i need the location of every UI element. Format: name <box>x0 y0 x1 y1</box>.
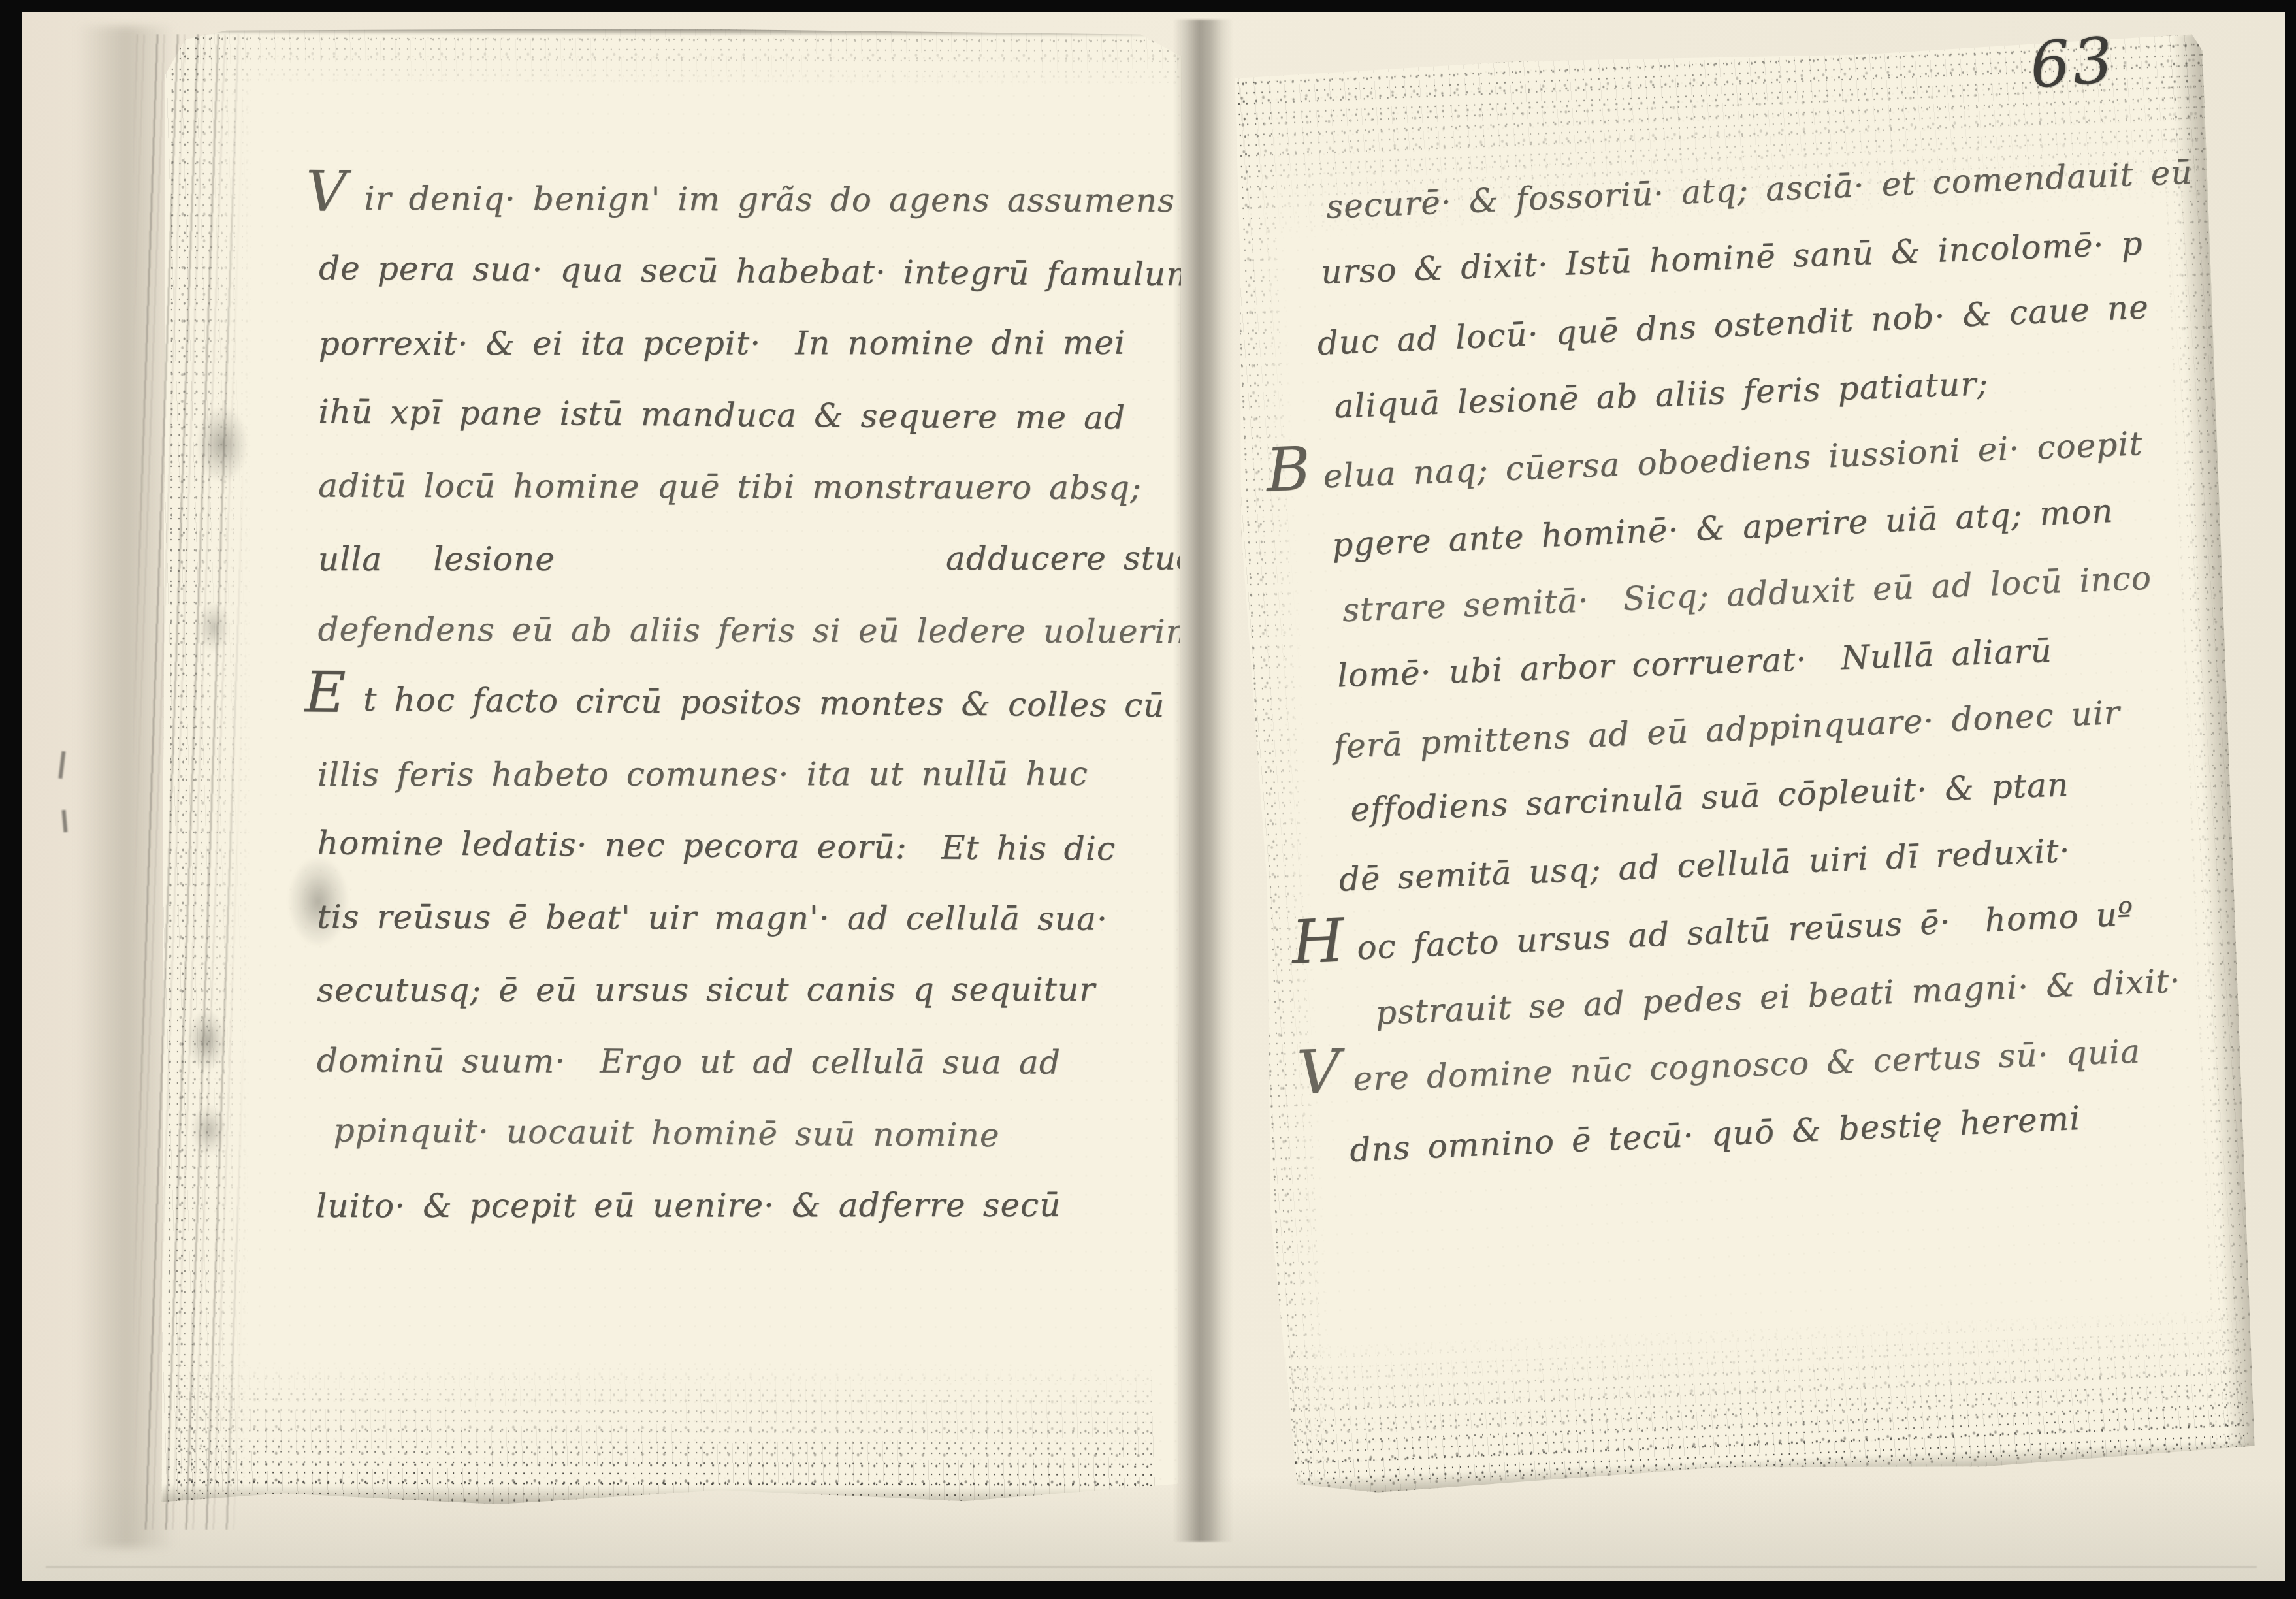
line-text: luito· & pcepit eū uenire· & adferre sec… <box>316 1186 1061 1225</box>
manuscript-line: dominū suum· Ergo ut ad cellulā sua ad <box>317 1025 1186 1099</box>
left-page: Vir deniq· benign' im grãs do agens assu… <box>161 27 1182 1508</box>
manuscript-line: defendens eū ab aliis feris si eū ledere… <box>317 594 1186 668</box>
ink-smudge <box>196 405 248 483</box>
manuscript-line: ihū xpī pane istū manduca & sequere me a… <box>318 376 1188 454</box>
manuscript-line: secutusq; ē eū ursus sicut canis q sequi… <box>317 954 1186 1027</box>
line-text: dominū suum· Ergo ut ad cellulā sua ad <box>317 1042 1061 1082</box>
line-text: secutusq; ē eū ursus sicut canis q sequi… <box>317 971 1095 1009</box>
manuscript-line: ulla lesione adducere stude· <box>318 523 1187 596</box>
line-text: aditū locū homine quē tibi monstrauero a… <box>318 467 1142 507</box>
manuscript-line: Et hoc facto circū positos montes & coll… <box>317 663 1187 741</box>
line-text: lomē· ubi arbor corruerat· Nullā aliarū <box>1336 632 2052 695</box>
folio-number: 63 <box>2028 29 2118 97</box>
line-text: illis feris habeto comunes· ita ut nullū… <box>317 755 1088 794</box>
manuscript-line: de pera sua· qua secū habebat· integrū f… <box>319 232 1188 310</box>
line-text: dns omnino ē tecū· quō & bestię heremi <box>1349 1099 2081 1169</box>
line-text: aliquā lesionē ab aliis feris patiatur; <box>1334 364 1989 425</box>
ink-smudge <box>197 601 230 653</box>
line-text: ulla lesione adducere stude· <box>318 539 1229 578</box>
line-text: homine ledatis· nec pecora eorū: Et his … <box>317 824 1116 867</box>
line-text: t hoc facto circū positos montes & colle… <box>363 681 1165 724</box>
initial-letter: H <box>1291 941 1344 943</box>
line-text: ir deniq· benign' im grãs do agens assum… <box>364 180 1275 220</box>
line-text: ppinquit· uocauit hominē suū nomine <box>316 1111 999 1154</box>
manuscript-line: porrexit· & ei ita pcepit· In nomine dni… <box>319 307 1188 380</box>
manuscript-line: luito· & pcepit eū uenire· & adferre sec… <box>316 1169 1185 1242</box>
left-page-text: Vir deniq· benign' im grãs do agens assu… <box>316 163 1188 1242</box>
ink-smudge <box>191 1104 227 1156</box>
line-text: defendens eū ab aliis feris si eū ledere… <box>317 611 1212 651</box>
manuscript-line: aditū locū homine quē tibi monstrauero a… <box>318 450 1187 524</box>
toner-speckle-top <box>165 27 1182 92</box>
book-gutter <box>1173 20 1233 1542</box>
manuscript-line: ppinquit· uocauit hominē suū nomine <box>316 1094 1186 1172</box>
ink-smudge <box>287 856 349 947</box>
line-text: tis reūsus ē beat' uir magn'· ad cellulā… <box>317 898 1108 938</box>
line-text: porrexit· & ei ita pcepit· In nomine dni… <box>319 324 1126 363</box>
ink-smudge <box>187 1009 226 1071</box>
initial-letter: V <box>1297 1072 1342 1073</box>
right-page-text: securē· & fossoriū· atq; asciā· et comen… <box>1310 139 2225 1183</box>
line-text: de pera sua· qua secū habebat· integrū f… <box>319 249 1198 293</box>
toner-speckle-bottom <box>172 1347 1158 1506</box>
page-edge-streaks <box>133 34 244 1530</box>
line-text: ihū xpī pane istū manduca & sequere me a… <box>318 393 1125 436</box>
manuscript-line: illis feris habeto comunes· ita ut nullū… <box>317 738 1186 811</box>
manuscript-line: Vir deniq· benign' im grãs do agens assu… <box>319 163 1188 236</box>
line-text: effodiens sarcinulā suā cōpleuit· & ptan <box>1350 766 2069 829</box>
manuscript-line: tis reūsus ē beat' uir magn'· ad cellulā… <box>317 881 1186 955</box>
initial-letter: B <box>1266 469 1311 471</box>
right-page: securē· & fossoriū· atq; asciā· et comen… <box>1223 34 2259 1499</box>
manuscript-line: homine ledatis· nec pecora eorū: Et his … <box>317 807 1186 885</box>
scan-scratch <box>46 1566 2257 1568</box>
manuscript-scan: Vir deniq· benign' im grãs do agens assu… <box>0 0 2296 1599</box>
